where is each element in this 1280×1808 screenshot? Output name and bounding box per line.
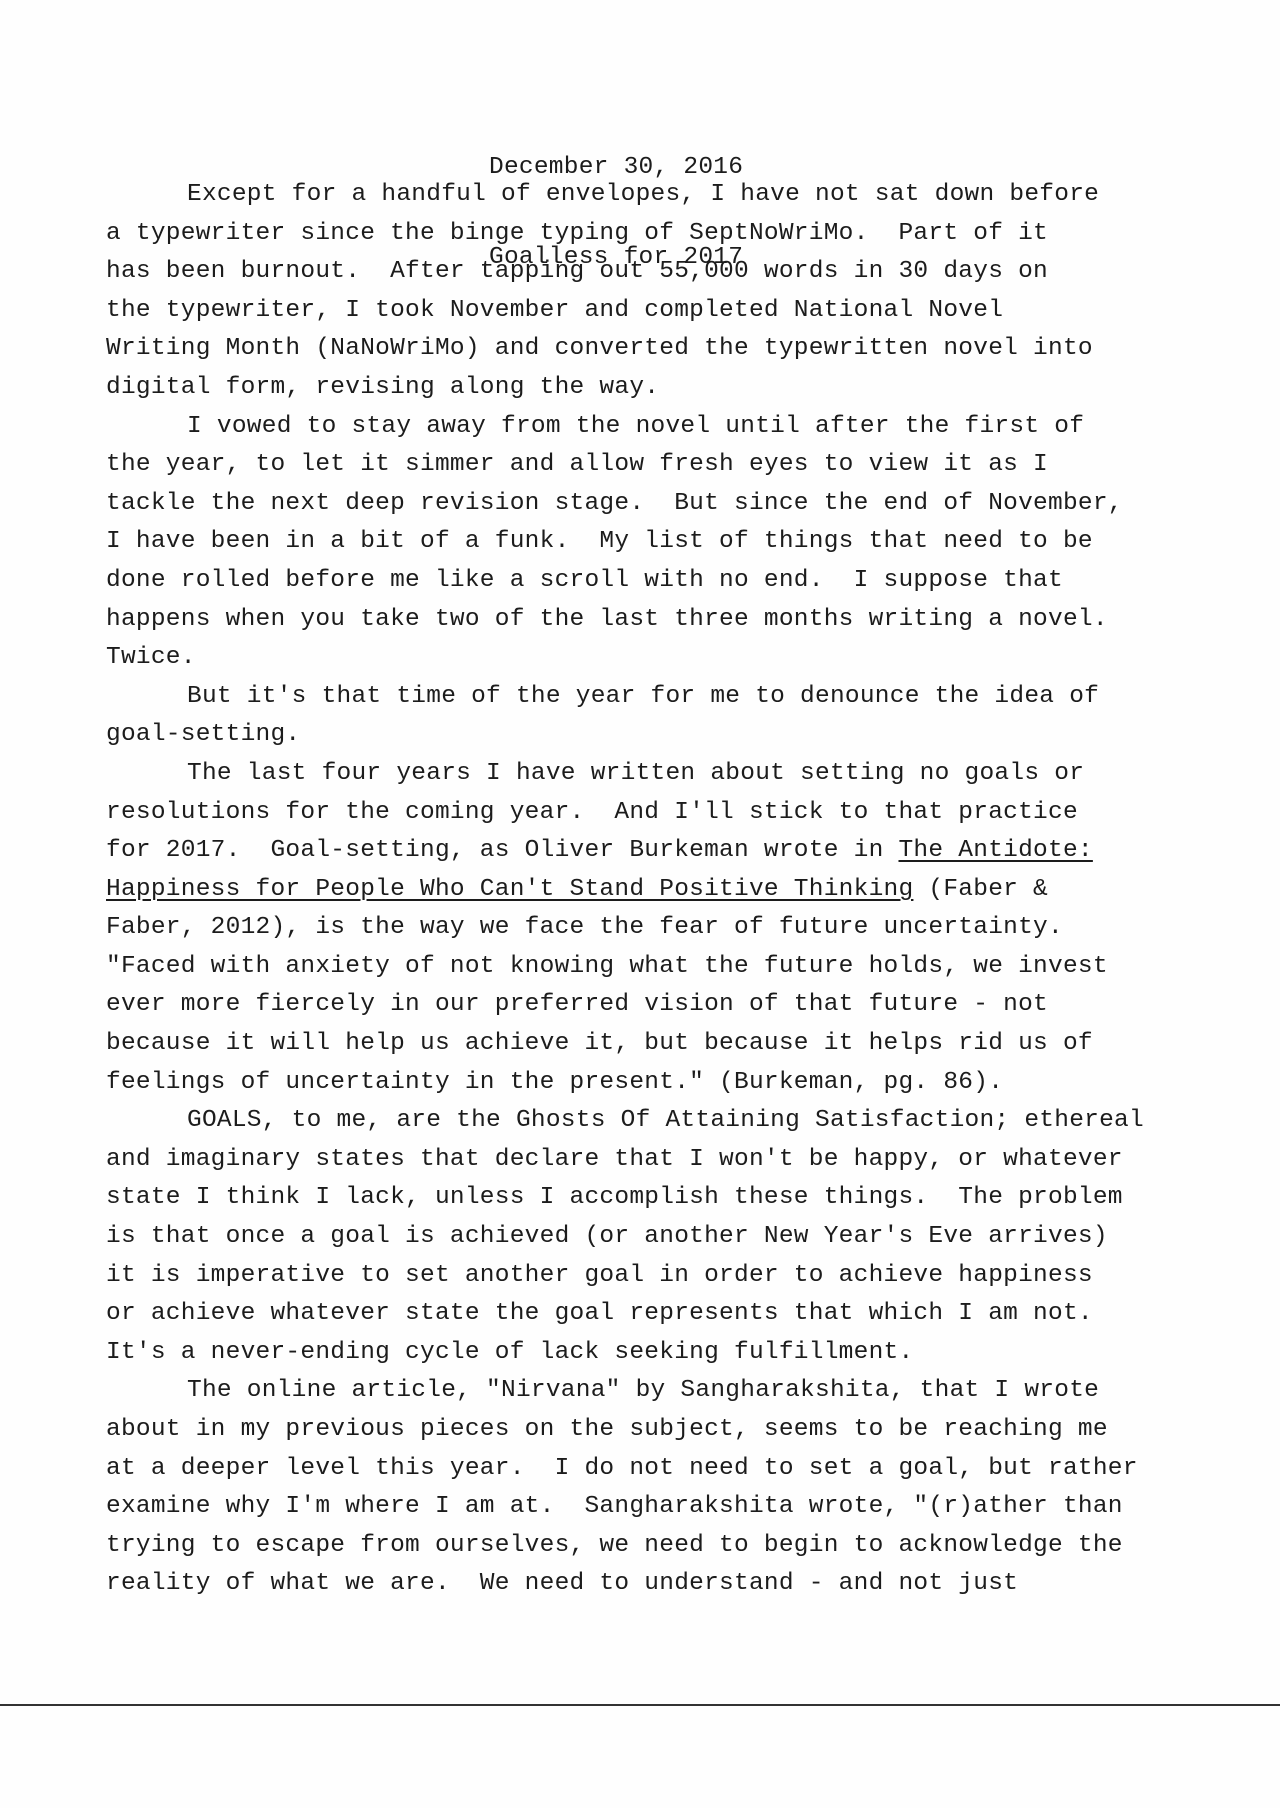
text-line: and imaginary states that declare that I… bbox=[106, 1141, 1144, 1180]
text-segment: it is imperative to set another goal in … bbox=[106, 1262, 1093, 1289]
text-line: ever more fiercely in our preferred visi… bbox=[106, 986, 1144, 1025]
text-line: at a deeper level this year. I do not ne… bbox=[106, 1450, 1144, 1489]
text-line: digital form, revising along the way. bbox=[106, 369, 1144, 408]
text-line: feelings of uncertainty in the present."… bbox=[106, 1064, 1144, 1103]
text-segment: the year, to let it simmer and allow fre… bbox=[106, 451, 1048, 478]
text-line: It's a never-ending cycle of lack seekin… bbox=[106, 1334, 1144, 1373]
text-segment: tackle the next deep revision stage. But… bbox=[106, 490, 1123, 517]
text-segment: But it's that time of the year for me to… bbox=[187, 683, 1099, 710]
text-line: goal-setting. bbox=[106, 716, 1144, 755]
text-segment: I have been in a bit of a funk. My list … bbox=[106, 528, 1093, 555]
text-line: happens when you take two of the last th… bbox=[106, 601, 1144, 640]
text-line: Faber, 2012), is the way we face the fea… bbox=[106, 909, 1144, 948]
text-segment: is that once a goal is achieved (or anot… bbox=[106, 1223, 1108, 1250]
text-line: is that once a goal is achieved (or anot… bbox=[106, 1218, 1144, 1257]
text-line: Writing Month (NaNoWriMo) and converted … bbox=[106, 330, 1144, 369]
text-line: done rolled before me like a scroll with… bbox=[106, 562, 1144, 601]
book-title-underlined: The Antidote: bbox=[898, 837, 1092, 864]
text-line: The online article, "Nirvana" by Sanghar… bbox=[106, 1372, 1144, 1411]
text-line: because it will help us achieve it, but … bbox=[106, 1025, 1144, 1064]
text-segment: Except for a handful of envelopes, I hav… bbox=[187, 181, 1099, 208]
text-line: the typewriter, I took November and comp… bbox=[106, 292, 1144, 331]
page-bottom-rule bbox=[0, 1704, 1280, 1706]
text-line: for 2017. Goal-setting, as Oliver Burkem… bbox=[106, 832, 1144, 871]
text-segment: (Faber & bbox=[913, 876, 1048, 903]
text-line: state I think I lack, unless I accomplis… bbox=[106, 1179, 1144, 1218]
text-segment: "Faced with anxiety of not knowing what … bbox=[106, 953, 1108, 980]
text-segment: feelings of uncertainty in the present."… bbox=[106, 1069, 1003, 1096]
text-segment: the typewriter, I took November and comp… bbox=[106, 297, 1003, 324]
text-segment: a typewriter since the binge typing of S… bbox=[106, 220, 1048, 247]
text-segment: state I think I lack, unless I accomplis… bbox=[106, 1184, 1123, 1211]
text-line: Twice. bbox=[106, 639, 1144, 678]
text-line: Except for a handful of envelopes, I hav… bbox=[106, 176, 1144, 215]
text-line: a typewriter since the binge typing of S… bbox=[106, 215, 1144, 254]
text-segment: ever more fiercely in our preferred visi… bbox=[106, 991, 1048, 1018]
text-segment: about in my previous pieces on the subje… bbox=[106, 1416, 1108, 1443]
text-segment: done rolled before me like a scroll with… bbox=[106, 567, 1063, 594]
text-line: or achieve whatever state the goal repre… bbox=[106, 1295, 1144, 1334]
text-line: The last four years I have written about… bbox=[106, 755, 1144, 794]
text-segment: examine why I'm where I am at. Sangharak… bbox=[106, 1493, 1123, 1520]
text-segment: goal-setting. bbox=[106, 721, 300, 748]
text-line: the year, to let it simmer and allow fre… bbox=[106, 446, 1144, 485]
text-segment: Faber, 2012), is the way we face the fea… bbox=[106, 914, 1063, 941]
text-segment: resolutions for the coming year. And I'l… bbox=[106, 799, 1078, 826]
text-line: GOALS, to me, are the Ghosts Of Attainin… bbox=[106, 1102, 1144, 1141]
text-segment: and imaginary states that declare that I… bbox=[106, 1146, 1123, 1173]
text-line: it is imperative to set another goal in … bbox=[106, 1257, 1144, 1296]
text-line: But it's that time of the year for me to… bbox=[106, 678, 1144, 717]
document-body: Except for a handful of envelopes, I hav… bbox=[106, 176, 1144, 1604]
text-segment: The online article, "Nirvana" by Sanghar… bbox=[187, 1377, 1099, 1404]
book-title-underlined: Happiness for People Who Can't Stand Pos… bbox=[106, 876, 913, 903]
text-line: has been burnout. After tapping out 55,0… bbox=[106, 253, 1144, 292]
text-segment: I vowed to stay away from the novel unti… bbox=[187, 413, 1084, 440]
text-line: about in my previous pieces on the subje… bbox=[106, 1411, 1144, 1450]
text-segment: or achieve whatever state the goal repre… bbox=[106, 1300, 1093, 1327]
text-line: reality of what we are. We need to under… bbox=[106, 1565, 1144, 1604]
text-segment: The last four years I have written about… bbox=[187, 760, 1084, 787]
text-segment: trying to escape from ourselves, we need… bbox=[106, 1532, 1123, 1559]
text-segment: has been burnout. After tapping out 55,0… bbox=[106, 258, 1048, 285]
text-segment: Twice. bbox=[106, 644, 196, 671]
text-segment: digital form, revising along the way. bbox=[106, 374, 659, 401]
typewritten-page: December 30, 2016 Goalless for 2017 Exce… bbox=[0, 0, 1280, 1808]
text-line: tackle the next deep revision stage. But… bbox=[106, 485, 1144, 524]
text-segment: for 2017. Goal-setting, as Oliver Burkem… bbox=[106, 837, 898, 864]
text-segment: because it will help us achieve it, but … bbox=[106, 1030, 1093, 1057]
text-line: I have been in a bit of a funk. My list … bbox=[106, 523, 1144, 562]
text-segment: Writing Month (NaNoWriMo) and converted … bbox=[106, 335, 1093, 362]
text-segment: It's a never-ending cycle of lack seekin… bbox=[106, 1339, 913, 1366]
text-line: I vowed to stay away from the novel unti… bbox=[106, 408, 1144, 447]
text-line: trying to escape from ourselves, we need… bbox=[106, 1527, 1144, 1566]
text-line: resolutions for the coming year. And I'l… bbox=[106, 794, 1144, 833]
text-segment: at a deeper level this year. I do not ne… bbox=[106, 1455, 1138, 1482]
text-line: "Faced with anxiety of not knowing what … bbox=[106, 948, 1144, 987]
text-segment: GOALS, to me, are the Ghosts Of Attainin… bbox=[187, 1107, 1144, 1134]
text-segment: reality of what we are. We need to under… bbox=[106, 1570, 1018, 1597]
text-segment: happens when you take two of the last th… bbox=[106, 606, 1108, 633]
text-line: Happiness for People Who Can't Stand Pos… bbox=[106, 871, 1144, 910]
text-line: examine why I'm where I am at. Sangharak… bbox=[106, 1488, 1144, 1527]
